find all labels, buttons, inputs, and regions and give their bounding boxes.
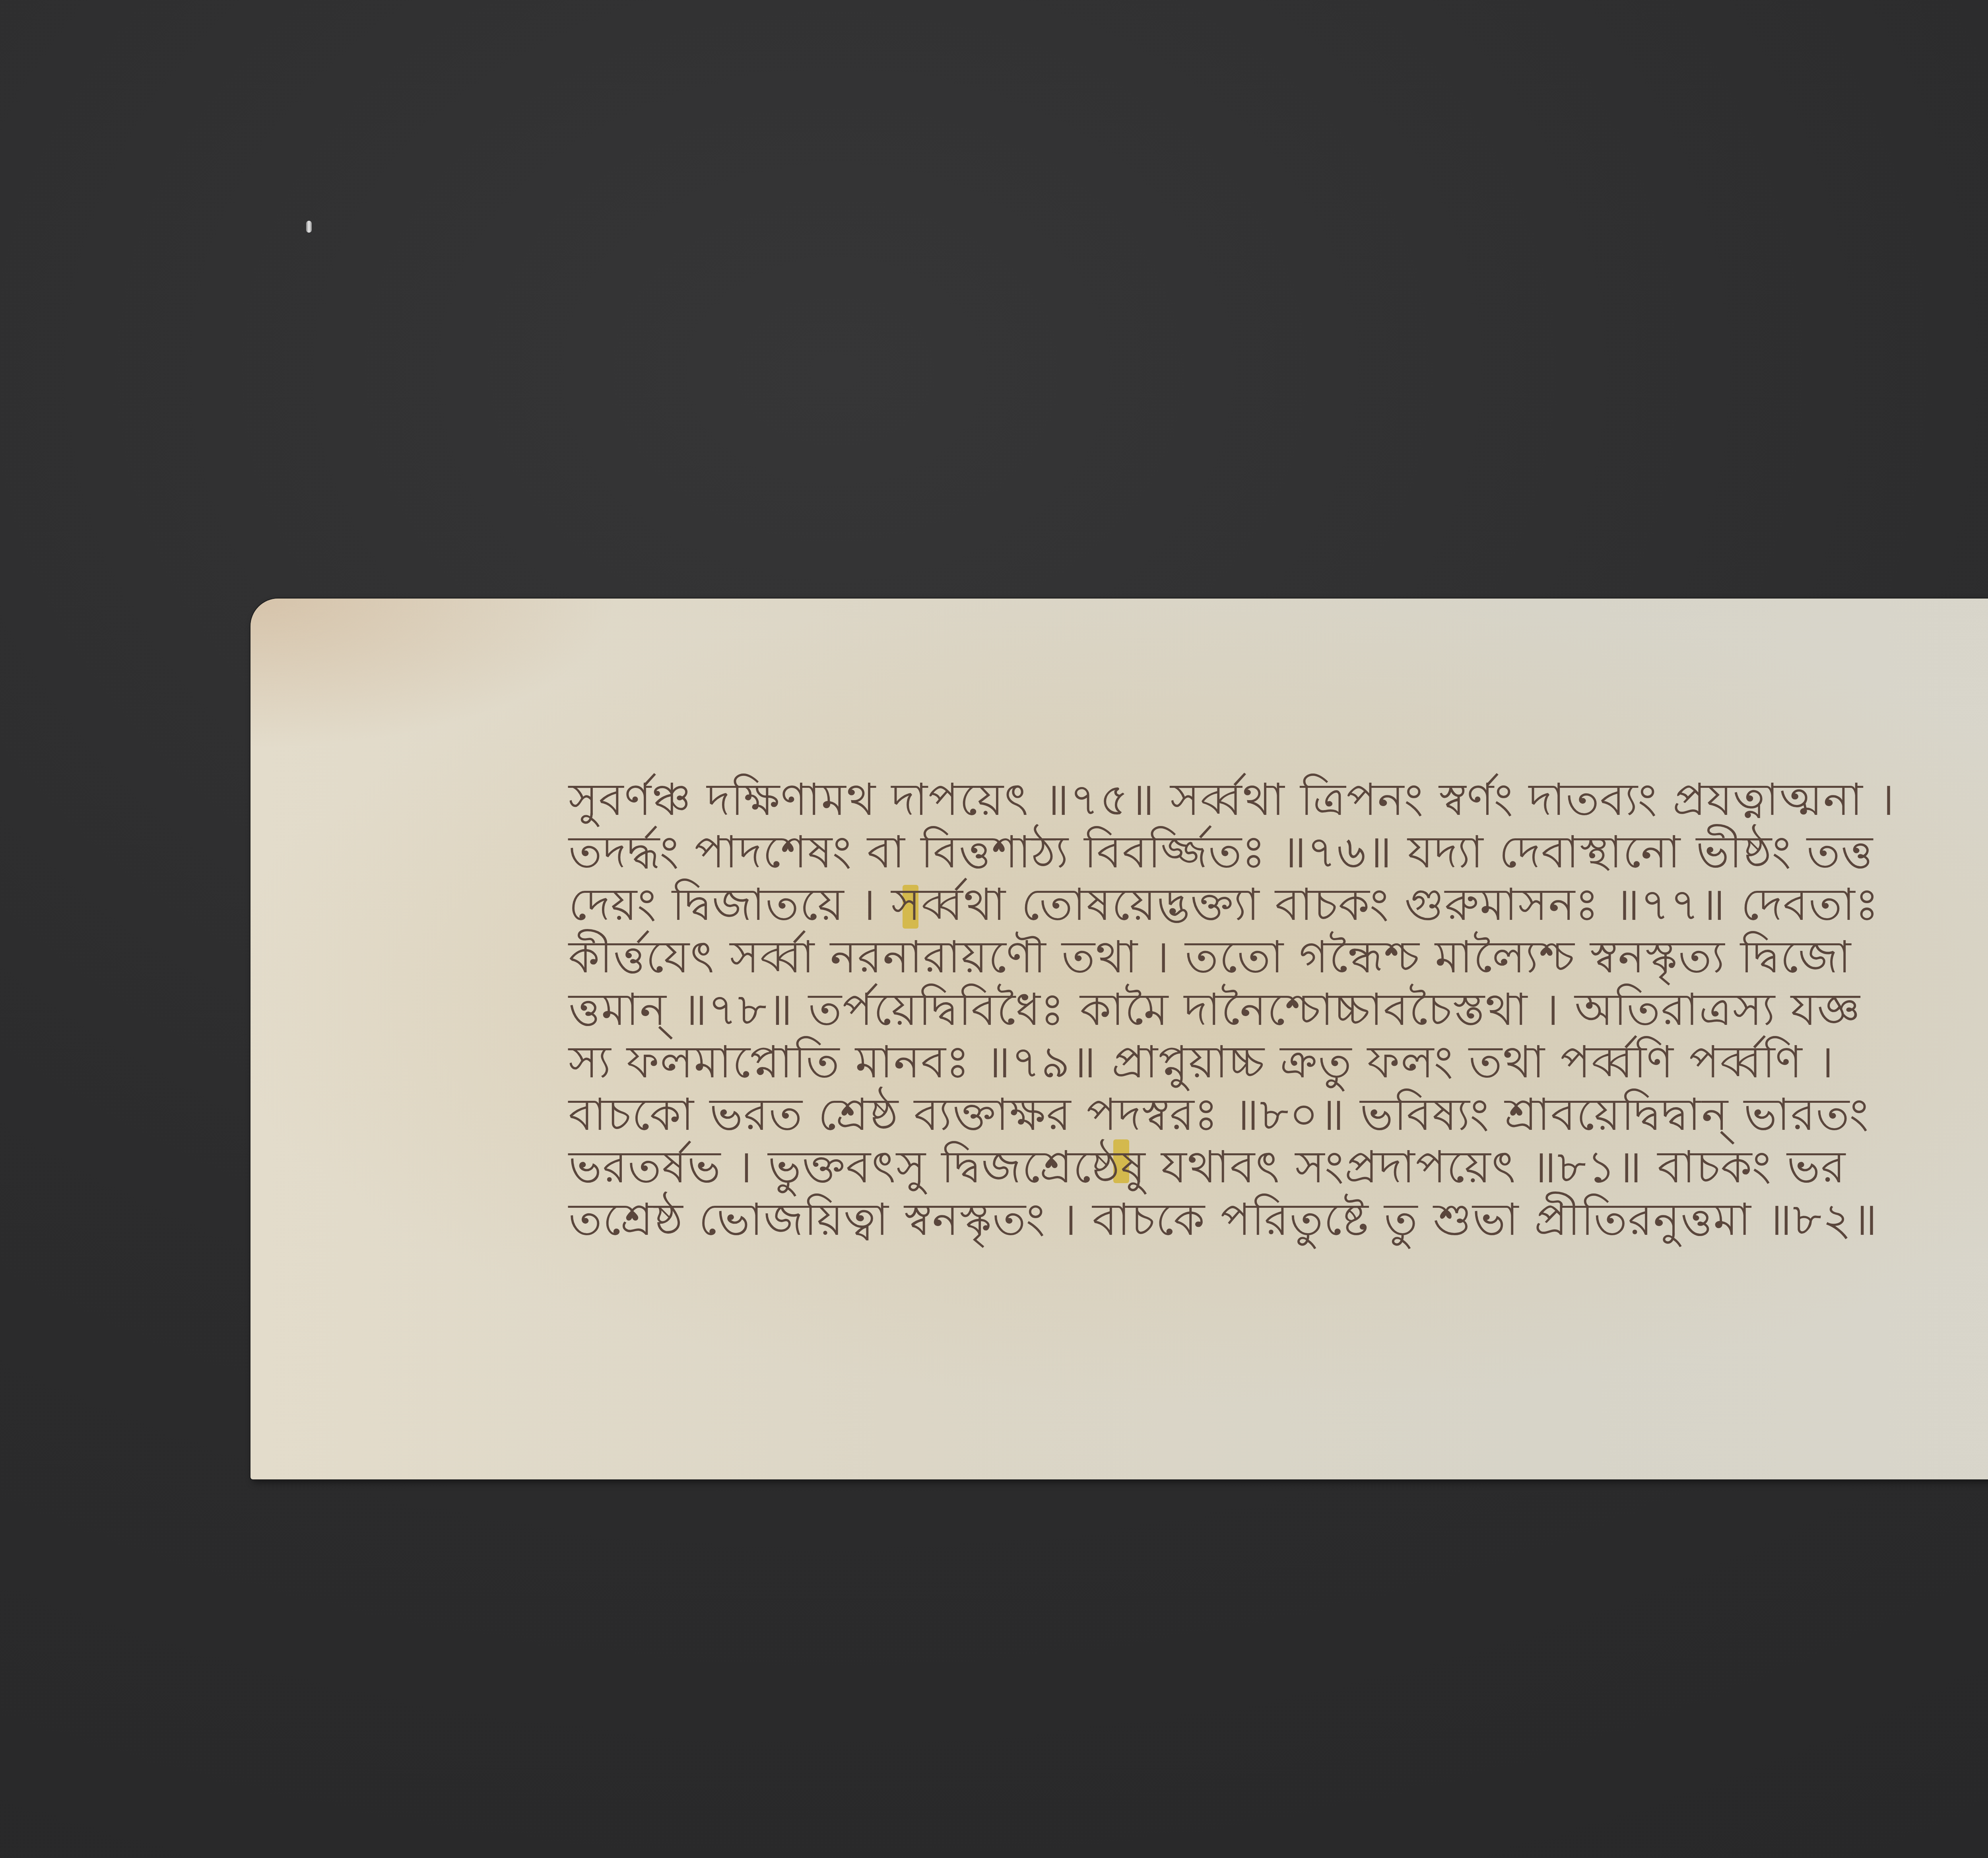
manuscript-line-9: তশ্রেষ্ঠ ভোজয়িত্বা স্বনস্কৃতং । বাচকে প… bbox=[569, 1193, 1988, 1246]
manuscript-line-2: তদর্দ্ধং পাদশেষং বা বিত্তশাঠ্য বিবর্জ্জি… bbox=[569, 826, 1988, 878]
manuscript-folio: ‹ সুবর্ণঞ্চ দক্ষিণামথ দাপয়েৎ ॥৭৫॥ সর্ব্… bbox=[250, 599, 1988, 1479]
manuscript-text-block: সুবর্ণঞ্চ দক্ষিণামথ দাপয়েৎ ॥৭৫॥ সর্ব্বথ… bbox=[569, 774, 1988, 1246]
manuscript-line-7: বাচকো ভরত শ্রেষ্ঠ ব্যক্তাক্ষর পদস্বরঃ ॥৮… bbox=[569, 1088, 1988, 1141]
manuscript-line-4: কীর্ত্তযেৎ সর্ব্বা নরনারায়ণৌ তথা । ততো … bbox=[569, 931, 1988, 983]
manuscript-line-8: ভরতর্ষভ । ভুক্তবৎসু দ্বিজশ্রেষ্ঠেষু যথাব… bbox=[569, 1141, 1988, 1193]
manuscript-line-1: সুবর্ণঞ্চ দক্ষিণামথ দাপয়েৎ ॥৭৫॥ সর্ব্বথ… bbox=[569, 774, 1988, 826]
manuscript-line-5: ত্তমান্ ॥৭৮॥ তর্পয়েদ্বিবিধৈঃ কামৈ দানৈশ… bbox=[569, 983, 1988, 1036]
manuscript-line-6: স্য ফলমাপ্নোতি মানবঃ ॥৭৯॥ প্রাপ্নুয়াচ্চ… bbox=[569, 1036, 1988, 1088]
manuscript-line-3: দেয়ং দ্বিজাতয়ে । সর্ব্বথা তোষয়েদ্ভক্ত… bbox=[569, 878, 1988, 931]
mounting-pin bbox=[306, 221, 312, 233]
